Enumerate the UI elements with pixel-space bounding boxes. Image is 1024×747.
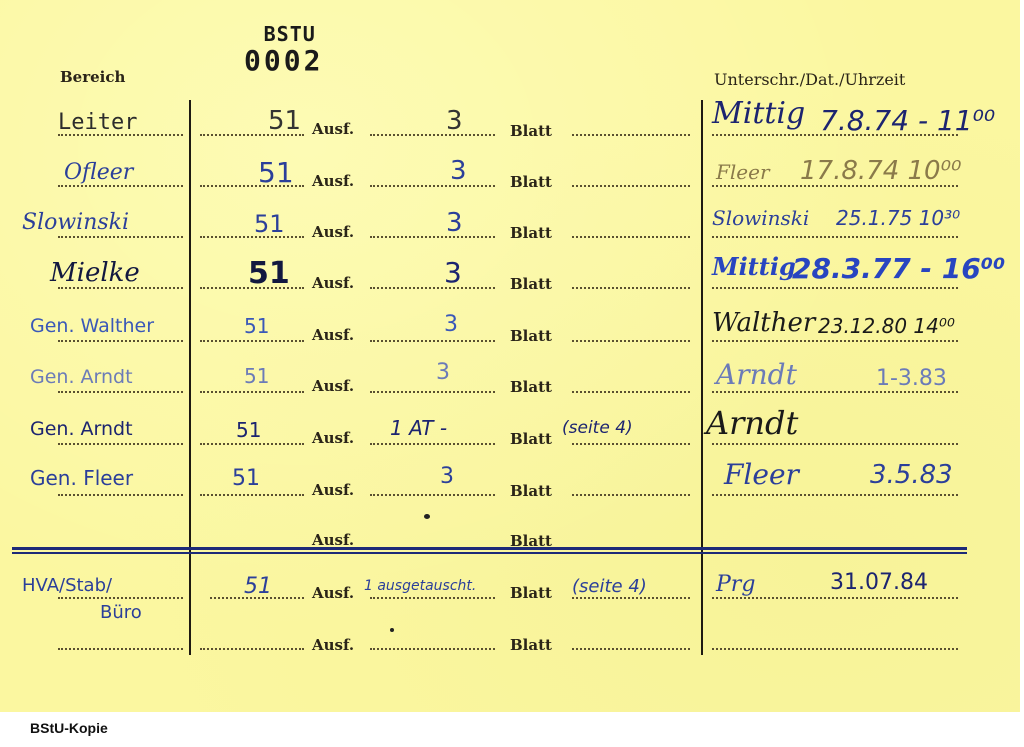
row-4-ausf-no: 51 — [248, 256, 290, 291]
dotted-line — [58, 443, 183, 445]
lower-row-1-blatt-count: 1 ausgetauscht. — [364, 578, 476, 594]
row-7-blatt-note: (seite 4) — [562, 418, 633, 438]
dotted-line — [370, 185, 495, 187]
dotted-line — [572, 443, 690, 445]
dotted-line — [712, 391, 958, 393]
dotted-line — [58, 391, 183, 393]
row-4-bereich: Mielke — [50, 258, 140, 288]
row-6-blatt-count: 3 — [436, 360, 450, 385]
row-7-ausf-no: 51 — [236, 418, 261, 442]
blatt-label: Blatt — [510, 173, 552, 191]
dotted-line — [572, 287, 690, 289]
dotted-line — [200, 236, 304, 238]
dotted-line — [58, 597, 183, 599]
dotted-line — [370, 287, 495, 289]
dotted-line — [58, 287, 183, 289]
dotted-line — [712, 443, 958, 445]
ausf-label: Ausf. — [312, 377, 354, 395]
row-5-date-time: 23.12.80 14⁰⁰ — [818, 314, 955, 338]
header-signature-date-time: Unterschr./Dat./Uhrzeit — [714, 70, 905, 89]
row-2-date-time: 17.8.74 10⁰⁰ — [800, 156, 961, 186]
blatt-label: Blatt — [510, 224, 552, 242]
dotted-line — [712, 597, 958, 599]
stamp-agency: BSTU — [256, 22, 323, 46]
document-card: BSTU 0002 Bereich Unterschr./Dat./Uhrzei… — [0, 0, 1020, 712]
ausf-label: Ausf. — [312, 326, 354, 344]
dotted-line — [572, 340, 690, 342]
dotted-line — [370, 597, 495, 599]
row-3-date-time: 25.1.75 10³⁰ — [836, 206, 960, 230]
lower-row-1-blatt-note: (seite 4) — [572, 576, 647, 597]
column-divider-right — [701, 100, 703, 655]
blatt-label: Blatt — [510, 275, 552, 293]
row-2-bereich: Ofleer — [64, 160, 133, 185]
dotted-line — [200, 648, 304, 650]
row-6-date-time: 1-3.83 — [876, 366, 947, 391]
dotted-line — [58, 185, 183, 187]
dotted-line — [370, 494, 495, 496]
row-2-ausf-no: 51 — [258, 156, 294, 189]
ausf-label: Ausf. — [312, 584, 354, 602]
row-6-signature: Arndt — [716, 358, 797, 391]
dotted-line — [370, 443, 495, 445]
row-2-blatt-count: 3 — [450, 156, 467, 186]
row-5-signature: Walther — [712, 308, 815, 338]
row-3-bereich: Slowinski — [22, 210, 129, 235]
dotted-line — [572, 134, 690, 136]
ausf-label: Ausf. — [312, 636, 354, 654]
ausf-label: Ausf. — [312, 481, 354, 499]
dotted-line — [712, 287, 958, 289]
row-7-bereich: Gen. Arndt — [30, 418, 133, 440]
row-5-bereich: Gen. Walther — [30, 315, 154, 337]
dotted-line — [58, 236, 183, 238]
row-1-signature: Mittig — [712, 96, 805, 131]
blatt-label: Blatt — [510, 584, 552, 602]
row-1-ausf-no: 51 — [268, 106, 301, 136]
separator-line — [12, 547, 967, 550]
lower-row-1-signature: Prg — [716, 572, 755, 597]
dotted-line — [712, 648, 958, 650]
dotted-line — [58, 494, 183, 496]
dotted-line — [58, 134, 183, 136]
row-8-bereich: Gen. Fleer — [30, 466, 133, 490]
footer-label: BStU-Kopie — [30, 720, 108, 736]
row-1-blatt-count: 3 — [446, 106, 463, 136]
ausf-label: Ausf. — [312, 172, 354, 190]
dotted-line — [712, 494, 958, 496]
dotted-line — [370, 340, 495, 342]
row-8-blatt-count: 3 — [440, 464, 454, 489]
lower-row-1-ausf-no: 51 — [244, 574, 272, 599]
dotted-line — [572, 494, 690, 496]
header-bereich: Bereich — [60, 68, 125, 86]
row-1-bereich: Leiter — [58, 110, 137, 135]
dotted-line — [370, 236, 495, 238]
row-5-blatt-count: 3 — [444, 312, 458, 337]
dotted-line — [200, 391, 304, 393]
dotted-line — [572, 391, 690, 393]
row-8-ausf-no: 51 — [232, 466, 260, 491]
ausf-label: Ausf. — [312, 120, 354, 138]
dotted-line — [572, 236, 690, 238]
row-4-signature: Mittig — [712, 252, 796, 281]
column-divider-left — [189, 100, 191, 655]
ausf-label: Ausf. — [312, 274, 354, 292]
dotted-line — [572, 648, 690, 650]
row-6-ausf-no: 51 — [244, 364, 269, 388]
ink-speck — [390, 628, 394, 632]
row-1-date-time: 7.8.74 - 11⁰⁰ — [820, 104, 995, 137]
archive-stamp: BSTU 0002 — [244, 22, 323, 76]
blatt-label: Blatt — [510, 636, 552, 654]
dotted-line — [712, 340, 958, 342]
dotted-line — [370, 648, 495, 650]
dotted-line — [200, 494, 304, 496]
lower-row-1-bereich-line2: Büro — [100, 602, 142, 623]
ink-speck — [424, 514, 430, 519]
blatt-label: Blatt — [510, 482, 552, 500]
lower-row-1-bereich-line1: HVA/Stab/ — [22, 575, 112, 596]
lower-row-1-date-time: 31.07.84 — [830, 570, 928, 595]
dotted-line — [572, 185, 690, 187]
row-2-signature: Fleer — [716, 160, 770, 184]
dotted-line — [58, 340, 183, 342]
ausf-label: Ausf. — [312, 429, 354, 447]
row-8-date-time: 3.5.83 — [870, 460, 953, 490]
separator-line-secondary — [12, 552, 967, 554]
row-7-signature: Arndt — [706, 404, 798, 442]
row-5-ausf-no: 51 — [244, 314, 269, 338]
row-6-bereich: Gen. Arndt — [30, 366, 133, 388]
row-4-blatt-count: 3 — [444, 256, 462, 289]
dotted-line — [58, 648, 183, 650]
blatt-label: Blatt — [510, 378, 552, 396]
row-7-blatt-count: 1 AT - — [390, 416, 447, 440]
dotted-line — [712, 236, 958, 238]
stamp-number: 0002 — [244, 46, 323, 76]
blatt-label: Blatt — [510, 327, 552, 345]
row-3-blatt-count: 3 — [446, 208, 463, 238]
dotted-line — [200, 340, 304, 342]
row-8-signature: Fleer — [724, 458, 799, 491]
blatt-label: Blatt — [510, 430, 552, 448]
dotted-line — [200, 443, 304, 445]
dotted-line — [370, 391, 495, 393]
row-4-date-time: 28.3.77 - 16⁰⁰ — [792, 252, 1005, 285]
row-3-ausf-no: 51 — [254, 210, 285, 238]
dotted-line — [370, 134, 495, 136]
blatt-label: Blatt — [510, 122, 552, 140]
row-3-signature: Slowinski — [712, 206, 809, 230]
dotted-line — [572, 597, 690, 599]
ausf-label: Ausf. — [312, 223, 354, 241]
